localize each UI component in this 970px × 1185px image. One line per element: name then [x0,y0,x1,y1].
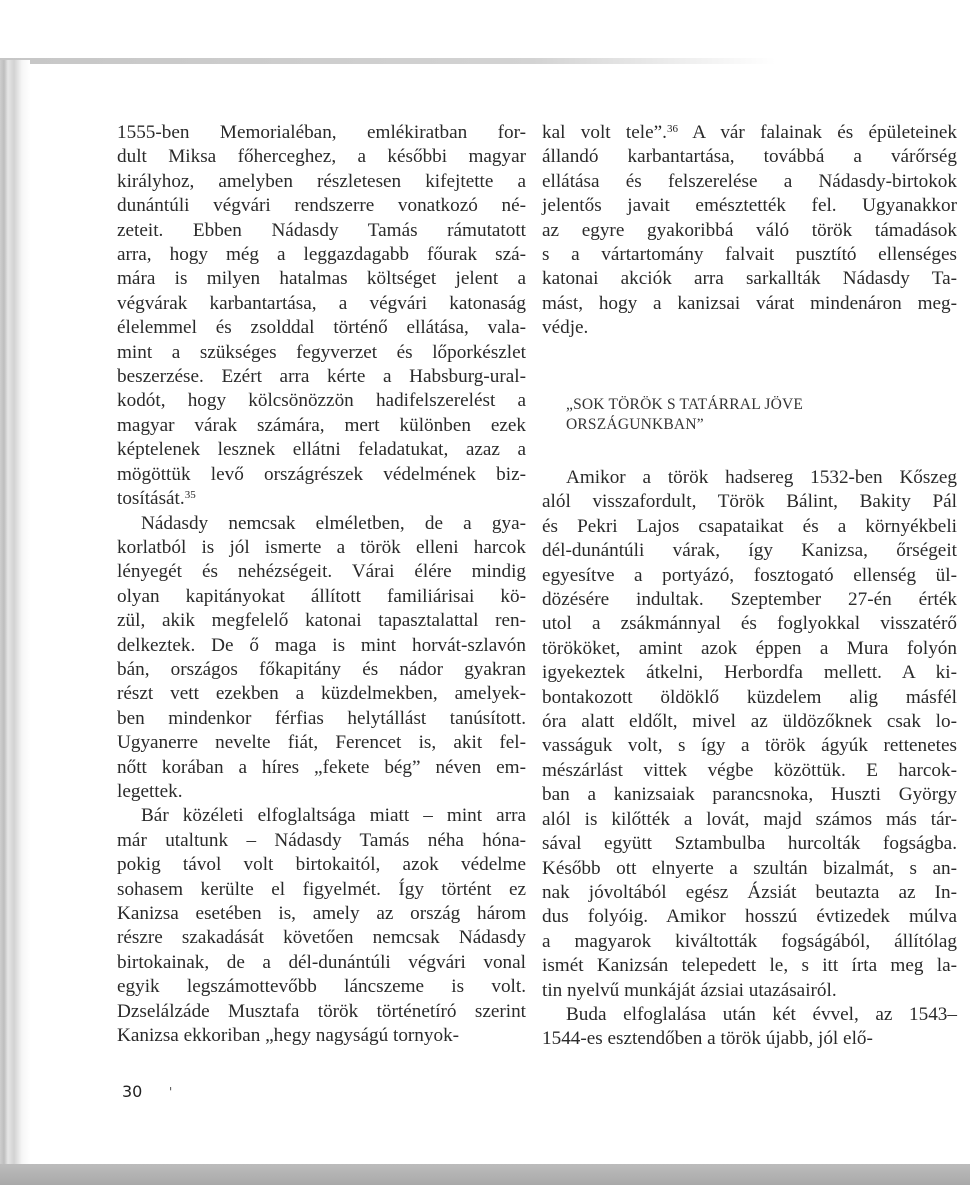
text-line: tosítását.35 [117,487,526,511]
line-text: beszerzése. Ezért arra kérte a Habsburg-… [117,366,526,387]
section-heading-line-2: ORSZÁGUNKBAN” [566,415,803,435]
text-line: igyekeztek átkelni, Herbordfa mellett. A… [542,661,957,685]
text-line: magyar várak számára, mert különben ezek [117,414,526,438]
text-line: vasságuk volt, s így a török ágyúk rette… [542,734,957,758]
footnote-reference[interactable]: 36 [667,123,678,135]
line-text: kodót, hogy kölcsönözzön hadifelszerelés… [117,390,526,411]
line-text: dus folyóig. Amikor hosszú évtizedek múl… [542,906,957,927]
line-text: mögöttük levő országrészek védelmének bi… [117,464,526,485]
text-line: az egyre gyakoribbá váló török támadások [542,219,957,243]
text-line: korlatból is jól ismerte a török elleni … [117,536,526,560]
text-line: már utaltunk – Nádasdy Tamás néha hóna- [117,829,526,853]
text-line: dus folyóig. Amikor hosszú évtizedek múl… [542,905,957,929]
line-text: legettek. [117,781,183,802]
line-text: vasságuk volt, s így a török ágyúk rette… [542,735,957,756]
text-line: mészárlást vittek végbe közöttük. E harc… [542,759,957,783]
text-line: Amikor a török hadsereg 1532-ben Kőszeg [542,466,957,490]
text-line: zeteit. Ebben Nádasdy Tamás rámutatott [117,219,526,243]
text-line: dunántúli végvári rendszerre vonatkozó n… [117,194,526,218]
text-line: bán, országos főkapitány és nádor gyakra… [117,658,526,682]
text-line: mögöttük levő országrészek védelmének bi… [117,463,526,487]
text-line: védje. [542,316,957,340]
line-text: mint a szükséges fegyverzet és lőporkész… [117,342,526,363]
text-line: Kanizsa ekkoriban „hegy nagyságú tornyok… [117,1024,526,1048]
line-text: mára is milyen hatalmas költséget jelent… [117,268,526,289]
text-line: egyik legszámottevőbb láncszeme is volt. [117,975,526,999]
text-line: végvárak karbantartása, a végvári katona… [117,292,526,316]
line-text: mészárlást vittek végbe közöttük. E harc… [542,760,957,781]
text-line: 1544-es esztendőben a török újabb, jól e… [542,1027,957,1051]
text-line: a magyarok kiváltották fogságából, állít… [542,930,957,954]
text-line: sohasem kerülte el figyelmét. Így történ… [117,878,526,902]
text-line: jelentős javait emésztették fel. Ugyanak… [542,194,957,218]
text-line: katonai akciók arra sarkallták Nádasdy T… [542,267,957,291]
line-text: részre szakadását követően nemcsak Nádas… [117,927,526,948]
line-text: képtelenek lesznek ellátni feladatukat, … [117,439,526,460]
text-line: dél-dunántúli várak, így Kanizsa, őrsége… [542,539,957,563]
text-line: képtelenek lesznek ellátni feladatukat, … [117,438,526,462]
line-text: katonai akciók arra sarkallták Nádasdy T… [542,268,957,289]
line-text: Nádasdy nemcsak elméletben, de a gya- [141,513,526,534]
line-text: ban a kanizsaiak parancsnoka, Huszti Gyö… [542,784,957,805]
line-text: a magyarok kiváltották fogságából, állít… [542,931,957,952]
line-text: alól visszafordult, Török Bálint, Bakity… [542,491,957,512]
text-line: ellátása és felszerelése a Nádasdy-birto… [542,170,957,194]
text-line: Ugyanerre nevelte fiát, Ferencet is, aki… [117,731,526,755]
line-text: dunántúli végvári rendszerre vonatkozó n… [117,195,526,216]
text-line: és Pekri Lajos csapataikat és a környékb… [542,515,957,539]
section-heading-line-1: „SOK TÖRÖK S TATÁRRAL JÖVE [566,395,803,415]
line-text: már utaltunk – Nádasdy Tamás néha hóna- [117,830,526,851]
scan-edge-top [0,58,970,64]
line-text: magyar várak számára, mert különben ezek [117,415,526,436]
line-text: sával együtt Sztambulba hurcolták fogság… [542,833,957,854]
text-line: Kanizsa esetében is, amely az ország hár… [117,902,526,926]
line-text: olyan kapitányokat állított familiárisai… [117,586,526,607]
left-column: 1555-ben Memorialéban, emlékiratban for-… [117,121,526,1048]
text-line: delkeztek. De ő maga is mint horvát-szla… [117,634,526,658]
text-line: legettek. [117,780,526,804]
text-line: dözésére indultak. Szeptember 27-én érté… [542,588,957,612]
line-text: bontakozott öldöklő küzdelem alig másfél [542,687,957,708]
text-line: zül, akik megfelelő katonai tapasztalatt… [117,609,526,633]
line-text: jelentős javait emésztették fel. Ugyanak… [542,195,957,216]
line-text: ellátása és felszerelése a Nádasdy-birto… [542,171,957,192]
line-text: 1555-ben Memorialéban, emlékiratban for- [117,122,526,143]
line-text: az egyre gyakoribbá váló török támadások [542,220,957,241]
text-line: Később ott elnyerte a szultán bizalmát, … [542,857,957,881]
text-line: kodót, hogy kölcsönözzön hadifelszerelés… [117,389,526,413]
line-text: dözésére indultak. Szeptember 27-én érté… [542,589,957,610]
text-line: nőtt korában a híres „fekete bég” néven … [117,756,526,780]
line-text: óra alatt eldőlt, mivel az üldözőknek cs… [542,711,957,732]
text-line: 1555-ben Memorialéban, emlékiratban for- [117,121,526,145]
line-text: zeteit. Ebben Nádasdy Tamás rámutatott [117,220,526,241]
text-line: beszerzése. Ezért arra kérte a Habsburg-… [117,365,526,389]
line-text: dult Miksa főherceghez, a későbbi magyar [117,146,526,167]
stray-mark: ' [169,1085,172,1099]
line-text-continued: A vár falainak és épületeinek [678,122,957,143]
line-text: tin nyelvű munkáját ázsiai utazásairól. [542,980,837,1001]
text-line: törököket, amint azok éppen a Mura folyó… [542,637,957,661]
text-line: királyhoz, amelyben részletesen kifejtet… [117,170,526,194]
line-text: ismét Kanizsán telepedett le, s itt írta… [542,955,957,976]
line-text: Később ott elnyerte a szultán bizalmát, … [542,858,957,879]
scan-edge-bottom [0,1164,970,1185]
section-heading: „SOK TÖRÖK S TATÁRRAL JÖVE ORSZÁGUNKBAN” [566,395,803,435]
right-column-top: kal volt tele”.36 A vár falainak és épül… [542,121,957,341]
text-line: kal volt tele”.36 A vár falainak és épül… [542,121,957,145]
line-text: Ugyanerre nevelte fiát, Ferencet is, aki… [117,732,526,753]
line-text: részt vett ezekben a küzdelmekben, amely… [117,683,526,704]
text-line: Buda elfoglalása után két évvel, az 1543… [542,1003,957,1027]
line-text: Bár közéleti elfoglaltsága miatt – mint … [141,805,526,826]
text-line: birtokainak, de a dél-dunántúli végvári … [117,951,526,975]
text-line: lényegét és nehézségeit. Várai élére min… [117,560,526,584]
line-text: s a vártartomány falvait pusztító ellens… [542,244,957,265]
line-text: Kanizsa esetében is, amely az ország hár… [117,903,526,924]
line-text: állandó karbantartása, továbbá a várőrsé… [542,146,957,167]
text-line: s a vártartomány falvait pusztító ellens… [542,243,957,267]
line-text: utol a zsákmánnyal és foglyokkal visszat… [542,613,957,634]
text-line: élelemmel és zsolddal történő ellátása, … [117,316,526,340]
text-line: alól is kilőtték a lovát, majd számos má… [542,808,957,832]
text-line: egyesítve a portyázó, fosztogató ellensé… [542,564,957,588]
text-line: olyan kapitányokat állított familiárisai… [117,585,526,609]
text-line: állandó karbantartása, továbbá a várőrsé… [542,145,957,169]
text-line: ben mindenkor férfias helytállást tanúsí… [117,707,526,731]
line-text: Amikor a török hadsereg 1532-ben Kőszeg [566,467,957,488]
line-text: korlatból is jól ismerte a török elleni … [117,537,526,558]
text-line: Dzselálzáde Musztafa török történetíró s… [117,1000,526,1024]
line-text: Buda elfoglalása után két évvel, az 1543… [566,1004,957,1025]
text-line: sával együtt Sztambulba hurcolták fogság… [542,832,957,856]
line-text: törököket, amint azok éppen a Mura folyó… [542,638,957,659]
line-text: nak jóvoltából egész Ázsiát beutazta az … [542,882,957,903]
line-text: királyhoz, amelyben részletesen kifejtet… [117,171,526,192]
line-text: és Pekri Lajos csapataikat és a környékb… [542,516,957,537]
line-text: pokig távol volt birtokaitól, azok védel… [117,854,526,875]
text-line: bontakozott öldöklő küzdelem alig másfél [542,686,957,710]
line-text: zül, akik megfelelő katonai tapasztalatt… [117,610,526,631]
text-line: arra, hogy még a leggazdagabb főurak szá… [117,243,526,267]
line-text: 1544-es esztendőben a török újabb, jól e… [542,1028,873,1049]
line-text: védje. [542,317,588,338]
text-line: mára is milyen hatalmas költséget jelent… [117,267,526,291]
text-line: ban a kanizsaiak parancsnoka, Huszti Gyö… [542,783,957,807]
line-text: mást, hogy a kanizsai várat mindenáron m… [542,293,957,314]
line-text: alól is kilőtték a lovát, majd számos má… [542,809,957,830]
text-line: részre szakadását követően nemcsak Nádas… [117,926,526,950]
text-line: részt vett ezekben a küzdelmekben, amely… [117,682,526,706]
text-line: mást, hogy a kanizsai várat mindenáron m… [542,292,957,316]
line-text: delkeztek. De ő maga is mint horvát-szla… [117,635,526,656]
line-text: ben mindenkor férfias helytállást tanúsí… [117,708,526,729]
line-text: végvárak karbantartása, a végvári katona… [117,293,526,314]
text-line: óra alatt eldőlt, mivel az üldözőknek cs… [542,710,957,734]
line-text: bán, országos főkapitány és nádor gyakra… [117,659,526,680]
footnote-reference[interactable]: 35 [185,489,196,501]
line-text: lényegét és nehézségeit. Várai élére min… [117,561,526,582]
text-line: pokig távol volt birtokaitól, azok védel… [117,853,526,877]
line-text: tosítását. [117,488,185,509]
line-text: sohasem kerülte el figyelmét. Így történ… [117,879,526,900]
line-text: nőtt korában a híres „fekete bég” néven … [117,757,526,778]
line-text: Kanizsa ekkoriban „hegy nagyságú tornyok… [117,1025,459,1046]
text-line: dult Miksa főherceghez, a későbbi magyar [117,145,526,169]
line-text: kal volt tele”. [542,122,667,143]
text-line: Bár közéleti elfoglaltsága miatt – mint … [117,804,526,828]
text-line: alól visszafordult, Török Bálint, Bakity… [542,490,957,514]
scan-edge-left [0,60,30,1165]
line-text: élelemmel és zsolddal történő ellátása, … [117,317,526,338]
line-text: egyik legszámottevőbb láncszeme is volt. [117,976,526,997]
line-text: dél-dunántúli várak, így Kanizsa, őrsége… [542,540,957,561]
right-column-bottom: Amikor a török hadsereg 1532-ben Kőszega… [542,466,957,1052]
text-line: ismét Kanizsán telepedett le, s itt írta… [542,954,957,978]
line-text: egyesítve a portyázó, fosztogató ellensé… [542,565,957,586]
text-line: mint a szükséges fegyverzet és lőporkész… [117,341,526,365]
line-text: Dzselálzáde Musztafa török történetíró s… [117,1001,526,1022]
text-line: utol a zsákmánnyal és foglyokkal visszat… [542,612,957,636]
text-line: Nádasdy nemcsak elméletben, de a gya- [117,512,526,536]
line-text: igyekeztek átkelni, Herbordfa mellett. A… [542,662,957,683]
page-number: 30 [122,1082,142,1101]
text-line: nak jóvoltából egész Ázsiát beutazta az … [542,881,957,905]
text-line: tin nyelvű munkáját ázsiai utazásairól. [542,979,957,1003]
line-text: birtokainak, de a dél-dunántúli végvári … [117,952,526,973]
line-text: arra, hogy még a leggazdagabb főurak szá… [117,244,526,265]
